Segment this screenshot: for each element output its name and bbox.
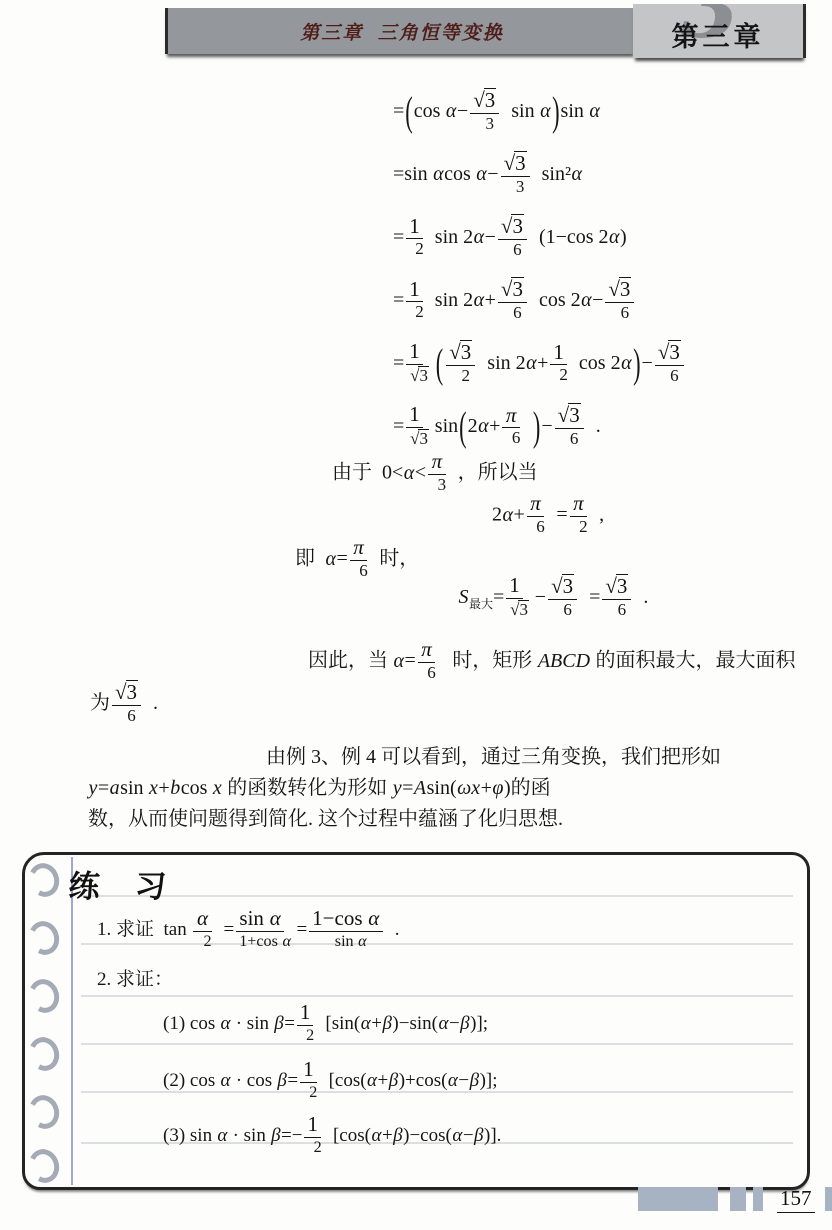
page-footer: 157 [638, 1186, 832, 1212]
equation-line-3: =12sin 2α−√36(1−cos 2α) [393, 216, 696, 261]
footer-deco-block [825, 1187, 832, 1211]
rule-line [81, 895, 793, 897]
exercise-problem-2-1: (1) cos α · sin β=12[sin(α+β)−sin(α−β)]; [163, 1003, 488, 1046]
exercise-problem-2: 2. 求证： [97, 967, 173, 993]
page-number: 157 [777, 1186, 815, 1213]
exercise-problem-1: 1. 求证 tan α2=sin α1+cos α=1−cos αsin α. [97, 909, 400, 952]
equation-line-6: =1√3sin(2α+π6)−√36. [393, 405, 696, 450]
exercise-problem-2-3: (3) sin α · sin β=−12[cos(α+β)−cos(α−β)]… [163, 1115, 501, 1158]
then-line: 即 α=π6时， [295, 538, 419, 582]
equation-line-4: =12sin 2α+√36cos 2α−√36 [393, 279, 696, 324]
exercise-title: 练 习 [67, 861, 173, 906]
equation-line-1: =(cos α−√33sin α)sin α [393, 90, 696, 135]
exercise-problem-2-2: (2) cos α · cos β=12[cos(α+β)+cos(α−β)]; [163, 1060, 498, 1103]
equation-line-2: =sin αcos α−√33sin²α [393, 153, 696, 198]
footer-deco-block [638, 1187, 718, 1211]
binder-ring [24, 859, 63, 901]
result-equation: S最大=1√3−√36=√36. [458, 576, 648, 621]
chapter-tab-label: 第三章 [633, 15, 803, 54]
binder-ring [24, 1091, 63, 1133]
notebook-margin-line [71, 857, 73, 1185]
binder-ring [24, 917, 63, 959]
condition-equation: 2α+π6=π2, [492, 494, 604, 538]
footer-deco-block [730, 1187, 746, 1211]
derivation-equations: =(cos α−√33sin α)sin α =sin αcos α−√33si… [393, 90, 696, 468]
summary-line-2: y=asin x+bcos x 的函数转化为形如 y=Asin(ωx+φ)的函 [88, 773, 804, 804]
binder-ring [24, 975, 63, 1017]
equation-line-5: =1√3(√32sin 2α+12cos 2α)−√36 [393, 342, 696, 387]
summary-line-1: 由例 3、例 4 可以看到，通过三角变换，我们把形如 [266, 742, 804, 773]
conclusion-line-1: 因此，当 α=π6 时，矩形 ABCD 的面积最大，最大面积 [308, 640, 796, 684]
rule-line [81, 995, 793, 997]
footer-deco-block [753, 1187, 763, 1211]
conclusion-line-2: 为√36. [90, 682, 158, 727]
summary-line-3: 数，从而使问题得到简化. 这个过程中蕴涵了化归思想. [88, 804, 804, 835]
header-banner: 第三章 三角恒等变换 3 第三章 [165, 4, 803, 60]
binder-ring [24, 1033, 63, 1075]
exercise-box: 练 习 1. 求证 tan α2=sin α1+cos α=1−cos αsin… [22, 852, 810, 1190]
summary-paragraph: 由例 3、例 4 可以看到，通过三角变换，我们把形如 y=asin x+bcos… [88, 742, 804, 835]
running-header-text: 第三章 三角恒等变换 [168, 8, 636, 54]
because-line: 由于 0<α<π3，所以当 [332, 452, 538, 496]
binder-ring [24, 1145, 63, 1187]
running-header: 第三章 三角恒等变换 [165, 8, 636, 54]
chapter-tab: 3 第三章 [633, 4, 806, 58]
